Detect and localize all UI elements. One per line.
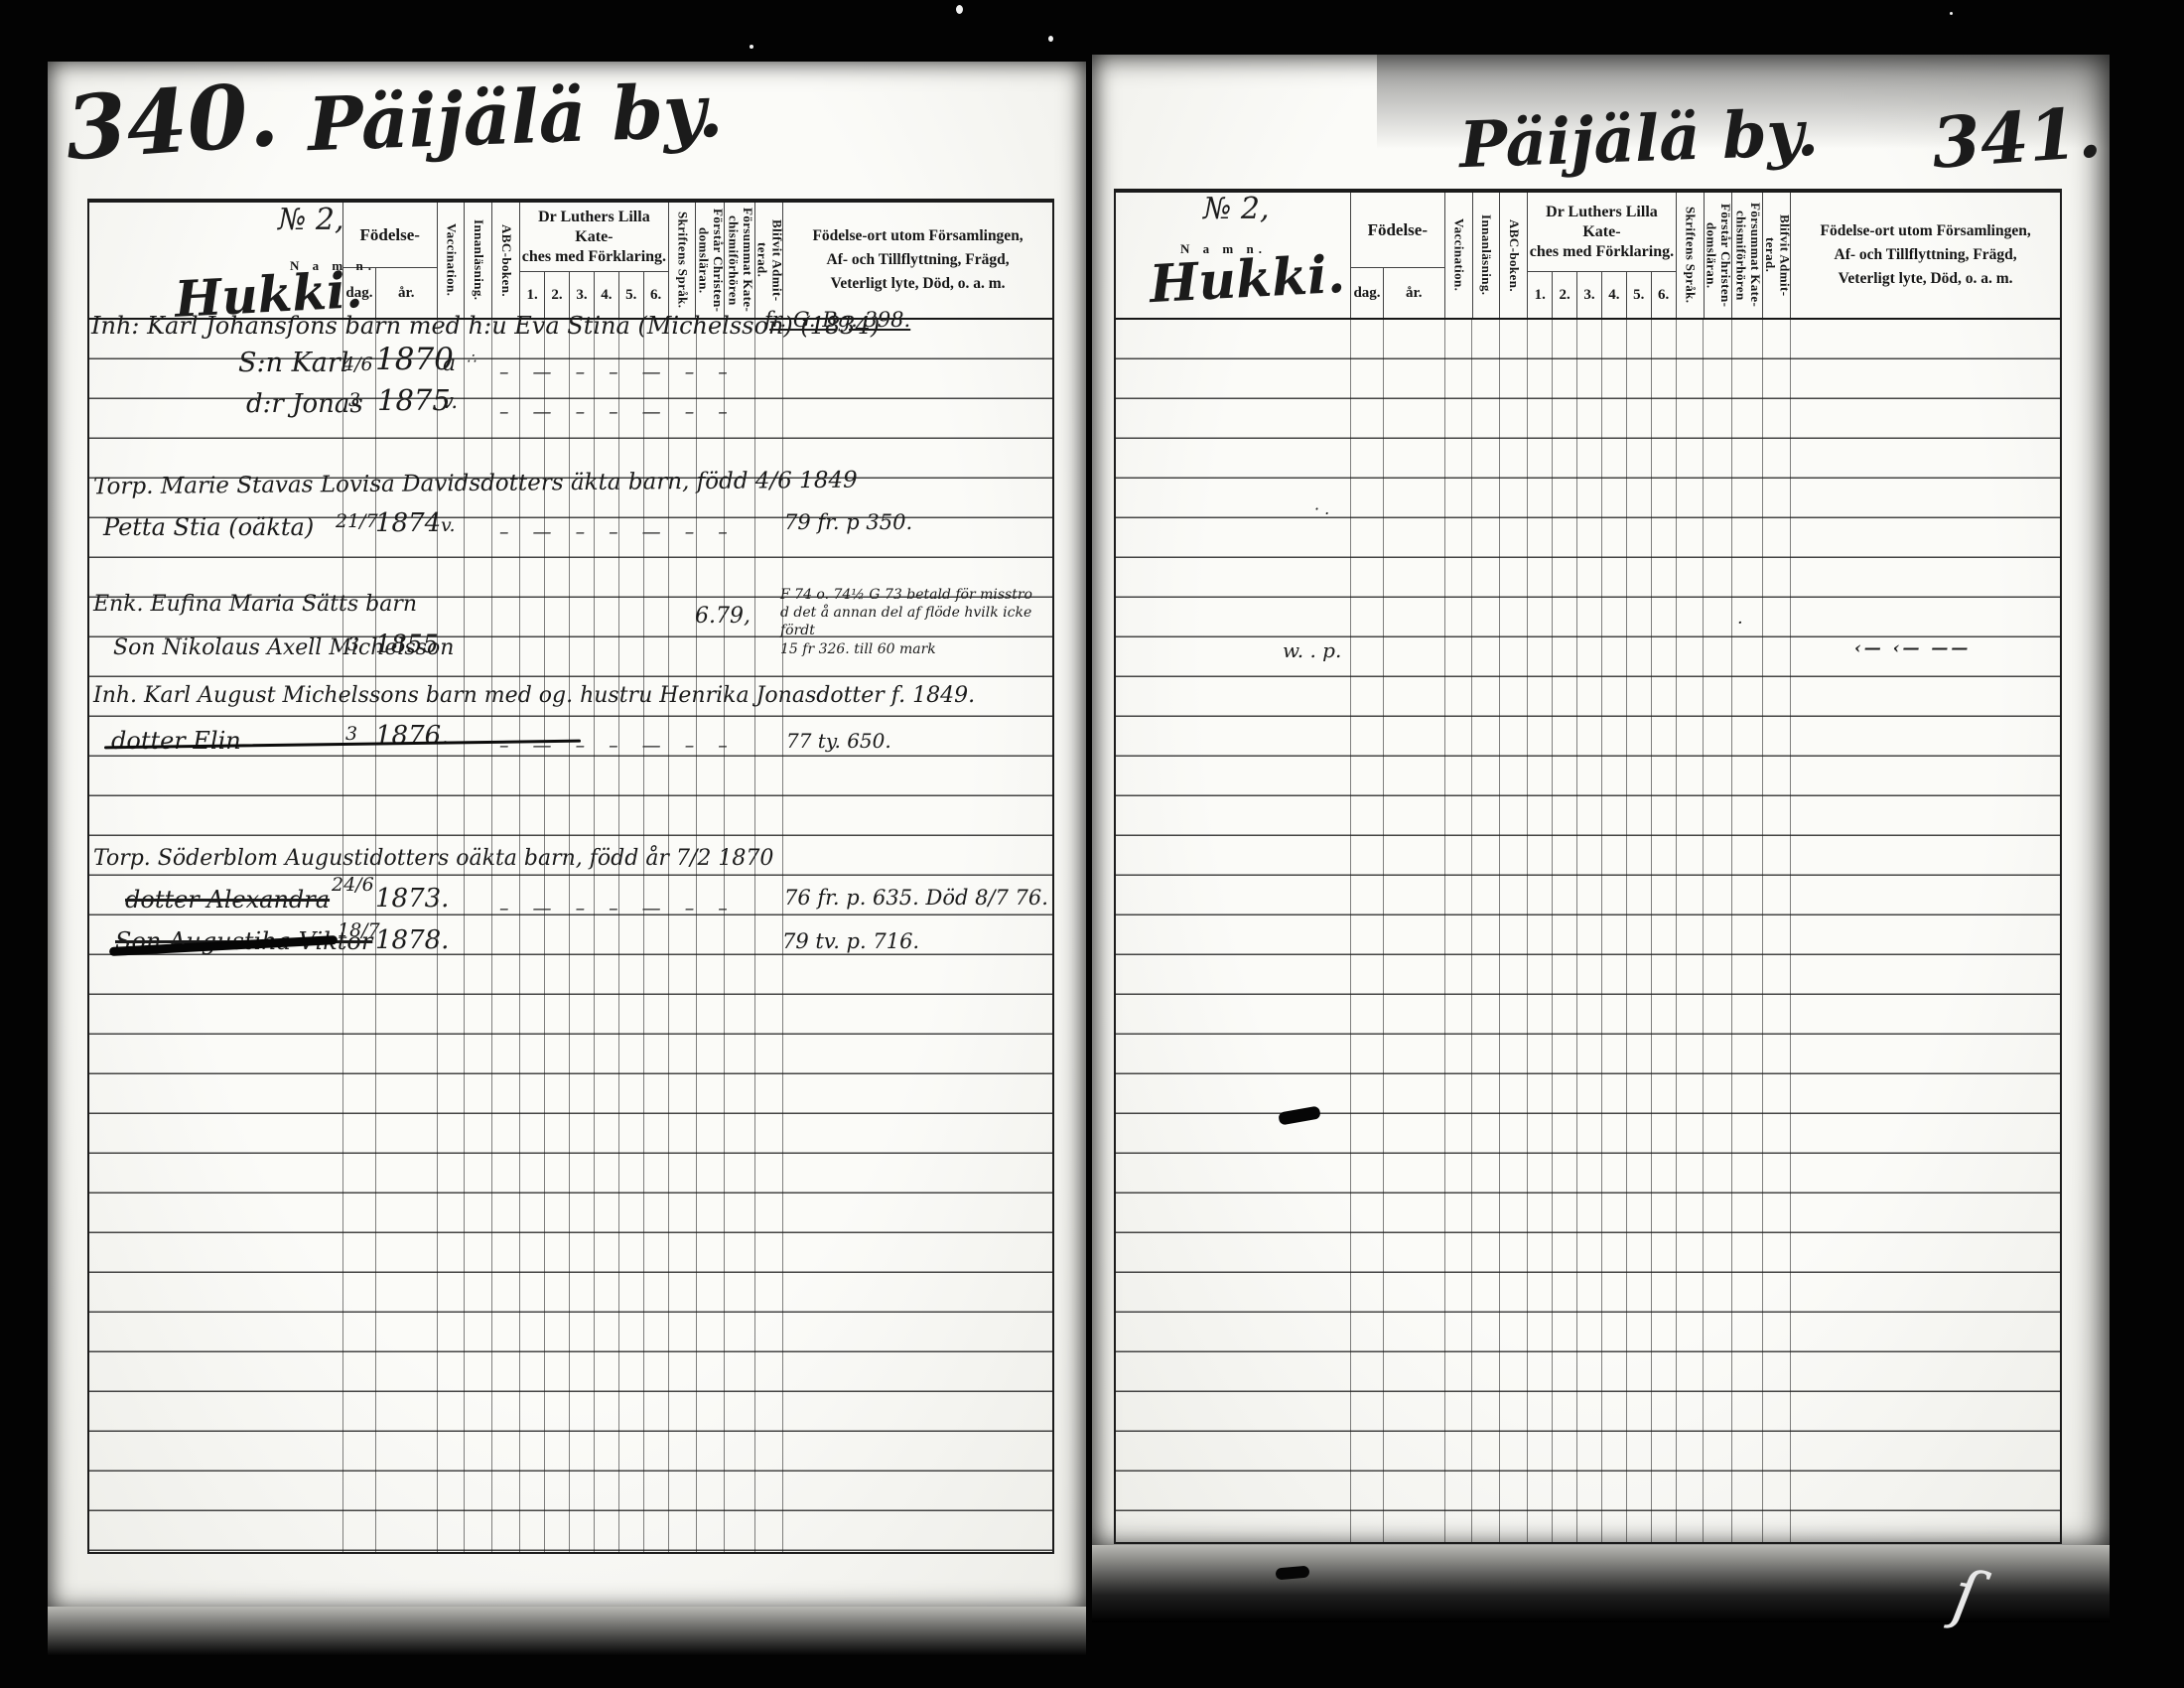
ink-mark: w. . p.	[1283, 638, 1341, 662]
entry-11-dashes: – — – – — – –	[499, 898, 737, 919]
entry-10-household-line: Torp. Söderblom Augustidotters oäkta bar…	[93, 846, 773, 871]
col-understands-header: Förstår Christen-domsläran.	[1705, 193, 1733, 318]
col-admitted-header: Blifvit Admit-terad.	[1763, 193, 1791, 318]
page-number-left: 340.	[63, 63, 282, 181]
ink-mark: ‹— ‹— ——	[1854, 638, 1971, 658]
body-column	[1472, 320, 1500, 1544]
entry-8-household-line: Inh. Karl August Michelssons barn med og…	[93, 683, 975, 708]
body-column	[1528, 320, 1553, 1544]
col-missed-header: Försummat Kate-chismiförhören	[725, 203, 755, 318]
col-reading-header: Innanläsning.	[1473, 193, 1501, 318]
col-notes-header: Födelse-ort utom Församlingen, Af- och T…	[1791, 193, 2060, 318]
entry-7-year: 1855	[375, 630, 439, 658]
body-column	[1627, 320, 1652, 1544]
entry-3-day: 3	[348, 389, 360, 411]
entry-5-day: 21/7	[336, 510, 378, 532]
body-column	[1652, 320, 1677, 1544]
entry-5-name: Petta Stia (oäkta)	[103, 513, 314, 541]
entry-3-vaccination: v.	[442, 389, 458, 413]
vaccination-label: Vaccination.	[444, 223, 459, 296]
col-scripture-header: Skriftens Språk.	[1677, 193, 1705, 318]
col-missed-header: Försummat Kate-chismiförhören	[1732, 193, 1763, 318]
birth-year-label: år.	[376, 268, 437, 318]
entry-9-day: 3	[345, 723, 357, 745]
body-column	[520, 320, 545, 1554]
col-abc-header: ABC-boken.	[492, 203, 520, 318]
col-abc-header: ABC-boken.	[1500, 193, 1528, 318]
entry-12-day: 18/7	[338, 919, 380, 941]
body-column	[1677, 320, 1705, 1544]
body-column	[1384, 320, 1445, 1544]
entry-5-vaccination: v.	[441, 514, 456, 536]
body-column	[725, 320, 755, 1554]
body-column	[1577, 320, 1602, 1544]
record-table-right: Födelse- dag. år. Vaccination. Innanläsn…	[1114, 189, 2062, 1544]
entry-12-year: 1878.	[375, 925, 449, 955]
birth-day-label: dag.	[1351, 268, 1384, 318]
body-column	[1351, 320, 1384, 1544]
entry-2-dashes: – — – – — – –	[499, 361, 737, 383]
col-understands-header: Förstår Christen-domsläran.	[696, 203, 725, 318]
body-column	[492, 320, 520, 1554]
catechism-numbers: 1.2.3.4.5.6.	[1528, 271, 1675, 318]
col-vaccination-header: Vaccination.	[438, 203, 466, 318]
village-title-left: Päijälä by.	[307, 69, 725, 169]
entry-2-reading-mark: ∴	[467, 350, 477, 367]
body-column	[1500, 320, 1528, 1544]
body-column	[755, 320, 783, 1554]
page-341: 341. Päijälä by. Födelse- dag. år. Vacci…	[1092, 55, 2110, 1549]
entry-5-dashes: – — – – — – –	[499, 521, 737, 543]
ink-mark: · .	[1314, 499, 1329, 518]
entry-7-note: F 74 o. 74½ G 73 betald för misstro d de…	[780, 586, 1063, 658]
col-scripture-header: Skriftens Språk.	[669, 203, 697, 318]
body-column	[1763, 320, 1791, 1544]
body-column	[1732, 320, 1763, 1544]
white-squiggle-mark: ſ	[1948, 1555, 1984, 1634]
body-column	[1602, 320, 1627, 1544]
entry-11-year: 1873.	[375, 884, 449, 914]
table-body-right	[1116, 320, 2060, 1544]
ink-mark: ·	[1737, 613, 1743, 633]
entry-3-name: d:r Jonas	[246, 389, 363, 419]
entry-9-year: 1876.	[375, 721, 449, 751]
scan-speck	[1048, 36, 1053, 42]
body-column	[465, 320, 492, 1554]
village-title-right: Päijälä by.	[1458, 96, 1820, 184]
entry-7-day: 3	[347, 633, 359, 655]
entry-1-household-line: Inh: Karl Johansſons barn med h:u Eva St…	[91, 312, 880, 340]
body-column	[697, 320, 726, 1554]
entry-6-household-line: Enk. Eufina Maria Sätts barn	[93, 592, 417, 617]
scan-speck	[1950, 12, 1953, 15]
entry-9-dashes: – — – – — – –	[499, 735, 737, 757]
body-column	[644, 320, 669, 1554]
entry-2-vaccination: a	[443, 352, 456, 376]
body-column	[1553, 320, 1577, 1544]
col-catechism-header: Dr Luthers Lilla Kate- ches med Förklari…	[520, 203, 668, 318]
entry-12-note: 79 tv. p. 716.	[782, 929, 919, 953]
entry-11-note: 76 fr. p. 635. Död 8/7 76.	[784, 886, 1048, 910]
entry-3-year: 1875	[377, 383, 451, 417]
abc-label: ABC-boken.	[499, 224, 514, 297]
scan-speck	[956, 5, 963, 14]
body-column	[669, 320, 697, 1554]
body-column	[595, 320, 619, 1554]
col-reading-header: Innanläsning.	[465, 203, 492, 318]
col-notes-header: Födelse-ort utom Församlingen, Af- och T…	[783, 203, 1052, 318]
entry-6-mark: 6.79,	[695, 604, 751, 629]
scanned-book-spread: 340. Päijälä by. Födelse- dag. år. Vacci…	[0, 0, 2184, 1688]
catechism-numbers: 1.2.3.4.5.6.	[520, 271, 667, 318]
entry-1-note: fr. G. Bg. 398.	[764, 308, 910, 332]
col-admitted-header: Blifvit Admit-terad.	[755, 203, 783, 318]
body-column	[570, 320, 595, 1554]
entry-5-year: 1874	[375, 508, 441, 538]
homestead-name-right: Hukki.	[1149, 244, 1347, 315]
body-column	[1791, 320, 2060, 1544]
entry-5-note: 79 fr. p 350.	[784, 510, 912, 534]
entry-2-name: S:n Karl	[238, 348, 348, 378]
page-number-right: 341.	[1929, 90, 2104, 185]
col-birth-header: Födelse- dag. år.	[1351, 193, 1445, 318]
entry-11-name: dotter Alexandra	[125, 886, 330, 914]
entry-2-day: 4/6	[342, 353, 373, 375]
entry-number-left: № 2,	[278, 203, 344, 237]
page-340: 340. Päijälä by. Födelse- dag. år. Vacci…	[48, 62, 1086, 1611]
body-column	[1704, 320, 1732, 1544]
birth-label: Födelse-	[1351, 193, 1444, 267]
entry-9-note: 77 ty. 650.	[786, 729, 891, 753]
scripture-label: Skriftens Språk.	[675, 211, 690, 308]
birth-year-label: år.	[1384, 268, 1444, 318]
entry-3-dashes: – — – – — – –	[499, 401, 737, 423]
scan-speck	[750, 45, 753, 49]
body-column	[545, 320, 570, 1554]
entry-11-day: 24/6	[332, 874, 374, 896]
page-bottom-fade-left	[48, 1607, 1086, 1656]
entry-number-right: № 2,	[1203, 192, 1270, 226]
col-vaccination-header: Vaccination.	[1445, 193, 1473, 318]
body-column	[1445, 320, 1473, 1544]
reading-label: Innanläsning.	[472, 219, 486, 300]
catechism-label-line2: ches med Förklaring.	[522, 247, 666, 267]
entry-9-name: dotter Elin	[111, 727, 241, 755]
ink-blob-bottom	[1276, 1566, 1310, 1581]
col-catechism-header: Dr Luthers Lilla Kate- ches med Förklari…	[1528, 193, 1676, 318]
body-column	[619, 320, 644, 1554]
catechism-label-line1: Dr Luthers Lilla Kate-	[520, 208, 667, 247]
